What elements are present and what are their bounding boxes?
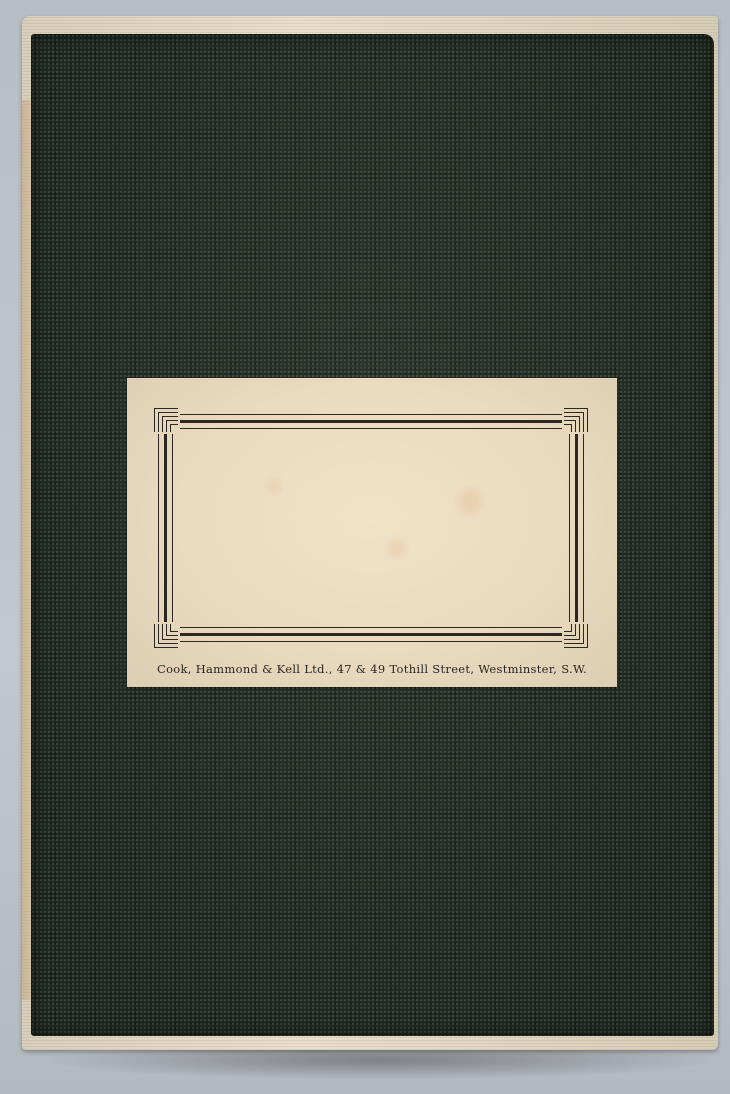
corner-ornament-bottom-right [564, 624, 588, 648]
corner-ornament-top-right [564, 408, 588, 432]
cover-label: Cook, Hammond & Kell Ltd., 47 & 49 Tothi… [127, 378, 617, 687]
label-frame [154, 408, 588, 648]
publisher-imprint: Cook, Hammond & Kell Ltd., 47 & 49 Tothi… [127, 662, 617, 676]
corner-ornament-bottom-left [154, 624, 178, 648]
corner-ornament-top-left [154, 408, 178, 432]
